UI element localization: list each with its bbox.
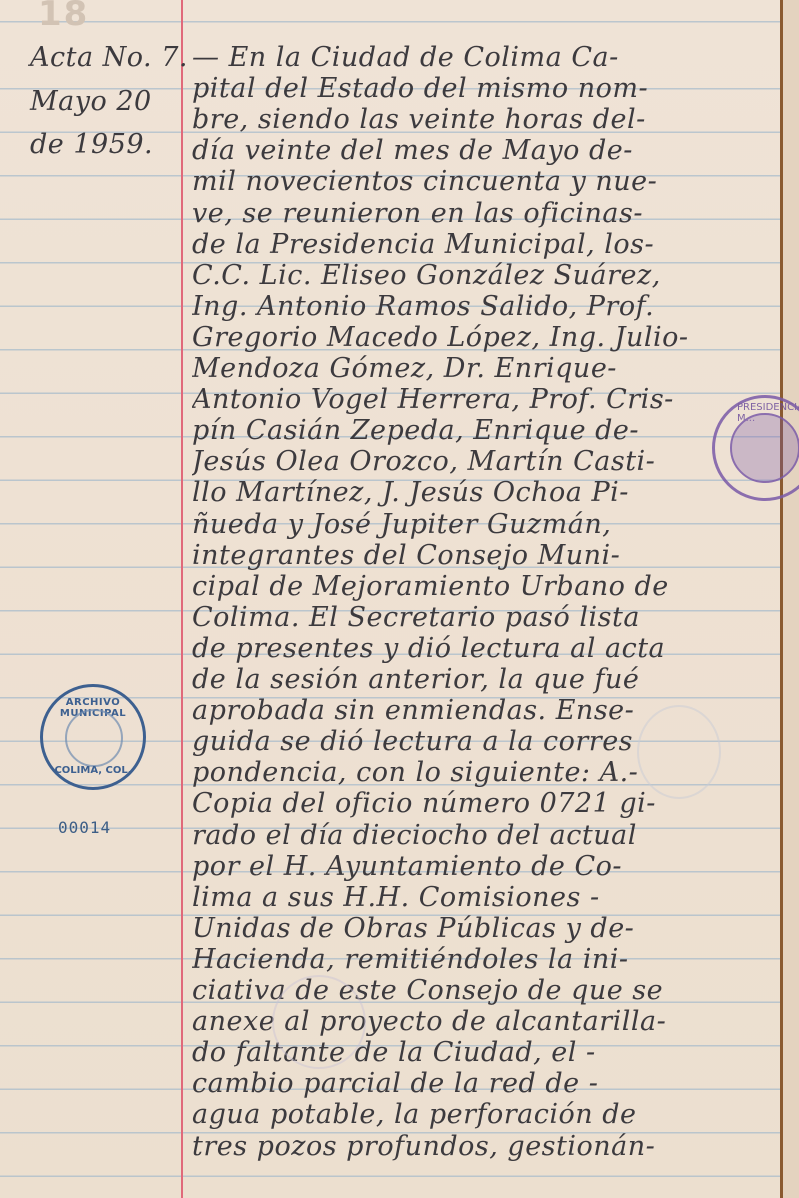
margin-note-act: Acta No. 7. <box>30 36 188 80</box>
minutes-line: tres pozos profundos, gestionán- <box>192 1125 772 1169</box>
faint-bleedthrough-stamp <box>272 975 366 1069</box>
archive-stamp-bottom-text: COLIMA, COL. <box>43 765 143 776</box>
presidency-stamp-emblem <box>730 413 799 483</box>
next-page-edge <box>783 0 799 1198</box>
archive-stamp: ARCHIVO MUNICIPAL COLIMA, COL. <box>40 684 146 790</box>
ledger-page: 18 Acta No. 7. Mayo 20 de 1959. — En la … <box>0 0 799 1198</box>
margin-note-year: de 1959. <box>30 123 153 167</box>
ghost-page-number: 18 <box>38 0 89 34</box>
archive-number: 00014 <box>58 818 111 837</box>
margin-note-month: Mayo 20 <box>30 80 152 124</box>
margin-line <box>181 0 183 1198</box>
faint-bleedthrough-stamp <box>637 705 721 799</box>
archive-stamp-emblem <box>65 709 123 767</box>
